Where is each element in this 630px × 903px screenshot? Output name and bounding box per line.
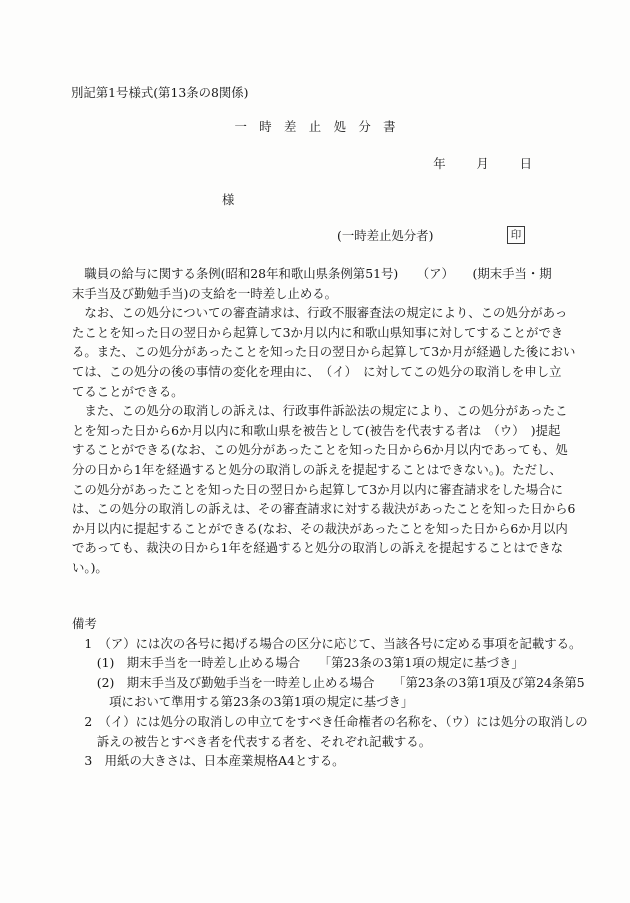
body-line: とを知った日から6か月以内に和歌山県を被告として(被告を代表する者は （ウ） )…	[72, 421, 572, 441]
body-line: 職員の給与に関する条例(昭和28年和歌山県条例第51号) （ア） (期末手当・期	[72, 264, 572, 284]
body-line: この処分があったことを知った日の翌日から起算して3か月以内に審査請求をした場合に	[72, 480, 572, 500]
body-line: る。また、この処分があったことを知った日の翌日から起算して3か月が経過した後にお…	[72, 342, 572, 362]
body-line: 分の日から1年を経過すると処分の取消しの訴えを提起することはできない。)。ただし…	[72, 460, 572, 480]
form-number: 別記第1号様式(第13条の8関係)	[71, 83, 249, 101]
body-line: か月以内に提起することができる(なお、その裁決があったことを知った日から6か月以…	[72, 519, 572, 539]
body-line: い。)。	[72, 558, 572, 578]
addressee-suffix: 様	[222, 190, 234, 208]
remarks-heading: 備考	[72, 614, 592, 634]
body-line: は、この処分の取消しの訴えは、その審査請求に対する裁決があったことを知った日から…	[72, 499, 572, 519]
body-line: なお、この処分についての審査請求は、行政不服審査法の規定により、この処分があっ	[72, 303, 572, 323]
document-page: 別記第1号様式(第13条の8関係) 一 時 差 止 処 分 書 年 月 日 様 …	[0, 0, 630, 903]
remarks-line: (1) 期末手当を一時差し止める場合 「第23条の3第1項の規定に基づき」	[72, 653, 592, 673]
body-line: することができる(なお、この処分があったことを知った日から6か月以内であっても、…	[72, 440, 572, 460]
remarks-line: 2 （イ）には処分の取消しの申立てをすべき任命権者の名称を、（ウ）には処分の取消…	[72, 712, 592, 732]
date-line: 年 月 日	[433, 154, 534, 172]
body-text: 職員の給与に関する条例(昭和28年和歌山県条例第51号) （ア） (期末手当・期…	[72, 264, 572, 578]
page-title: 一 時 差 止 処 分 書	[0, 117, 630, 135]
body-line: ては、この処分の後の事情の変化を理由に、 （イ） に対してこの処分の取消しを申し…	[72, 362, 572, 382]
remarks-line: 3 用紙の大きさは、日本産業規格A4とする。	[72, 751, 592, 771]
body-line: たことを知った日の翌日から起算して3か月以内に和歌山県知事に対してすることができ	[72, 323, 572, 343]
disposer-label: (一時差止処分者)	[337, 226, 433, 244]
seal-box: 印	[507, 226, 525, 244]
remarks-line: 訴えの被告とすべき者を代表する者を、それぞれ記載する。	[72, 732, 592, 752]
body-line: てることができる。	[72, 382, 572, 402]
remarks-line: 項において準用する第23条の3第1項の規定に基づき」	[72, 692, 592, 712]
body-line: であっても、裁決の日から1年を経過すると処分の取消しの訴えを提起することはできな	[72, 538, 572, 558]
remarks-line: 1 （ア）には次の各号に掲げる場合の区分に応じて、当該各号に定める事項を記載する…	[72, 634, 592, 654]
seal-character: 印	[511, 230, 522, 241]
remarks-line: (2) 期末手当及び勤勉手当を一時差し止める場合 「第23条の3第1項及び第24…	[72, 673, 592, 693]
body-line: 末手当及び勤勉手当)の支給を一時差し止める。	[72, 284, 572, 304]
remarks-section: 備考 1 （ア）には次の各号に掲げる場合の区分に応じて、当該各号に定める事項を記…	[72, 614, 592, 771]
body-line: また、この処分の取消しの訴えは、行政事件訴訟法の規定により、この処分があったこ	[72, 401, 572, 421]
